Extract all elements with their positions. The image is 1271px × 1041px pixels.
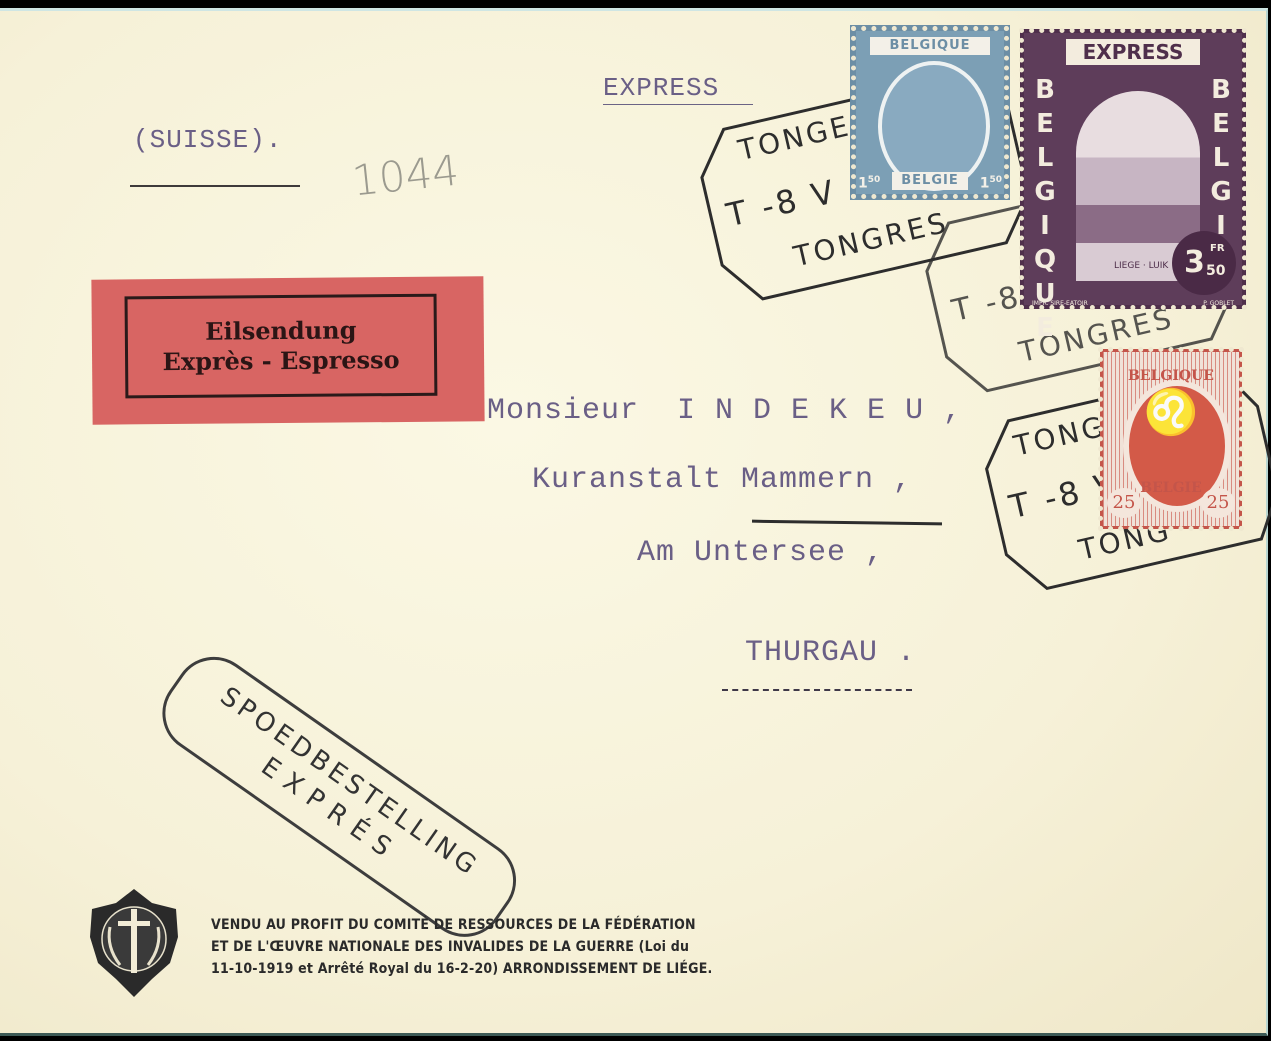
stamp-country: BELGIQUE (1103, 368, 1239, 384)
express-label: Eilsendung Exprès - Espresso (91, 276, 484, 424)
stamp-value: FR 3 50 (1172, 231, 1236, 295)
stamp-express-3fr50: EXPRESS BELGIQUE BELGIE LIEGE · LUIK FR … (1020, 29, 1246, 309)
stamp-caption: LIEGE · LUIK (1114, 261, 1168, 271)
express-underline (603, 104, 753, 105)
footer-line-1: VENDU AU PROFIT DU COMITÉ DE RESSOURCES … (211, 914, 713, 936)
footer-line-2: ET DE L'ŒUVRE NATIONALE DES INVALIDES DE… (211, 936, 713, 958)
country-underline (130, 185, 300, 187)
spoed-line-2: EXPRÉS (160, 685, 500, 936)
stamp-country-alt: BELGIE (892, 172, 968, 190)
stamp-title: EXPRESS (1066, 39, 1200, 65)
lion-glyph-icon: ♌ (1103, 386, 1239, 438)
address-line-4: THURGAU . (745, 636, 916, 670)
express-typed: EXPRESS (603, 73, 719, 103)
footer-line-3: 11-10-1919 et Arrêté Royal du 16-2-20) A… (211, 958, 713, 980)
address-line-2: Kuranstalt Mammern , (532, 463, 912, 497)
stamp-country: BELGIQUE (870, 37, 990, 55)
envelope: EXPRESS (SUISSE). 1044 Eilsendung Exprès… (0, 8, 1268, 1036)
address-name: Monsieur I N D E K E U , (487, 394, 962, 428)
stamp-value: 150 (858, 175, 880, 192)
country-typed: (SUISSE). (133, 125, 282, 155)
label-line-2: Exprès - Espresso (162, 345, 399, 377)
stamp-imprint: IMPR. SIRE-EATOIRP. GOBLET (1032, 300, 1234, 307)
city-underline (722, 689, 912, 691)
stamp-blue-1f50: BELGIQUE BELGIE 150 150 (850, 25, 1010, 200)
address-underline (752, 520, 942, 526)
spoed-line-1: SPOEDBESTELLING (180, 657, 520, 908)
stamp-value: 25 (1201, 488, 1235, 518)
label-line-1: Eilsendung (205, 315, 356, 346)
stamp-lion-25c: ♌ BELGIQUE BELGIE 25 25 (1100, 349, 1242, 529)
footer-text: VENDU AU PROFIT DU COMITÉ DE RESSOURCES … (211, 914, 713, 980)
stamp-value: 150 (980, 175, 1002, 192)
sword-wreath-emblem-icon (86, 887, 182, 999)
address-line-3: Am Untersee , (637, 536, 884, 570)
pencil-note: 1044 (350, 146, 461, 206)
stamp-value: 25 (1107, 488, 1141, 518)
